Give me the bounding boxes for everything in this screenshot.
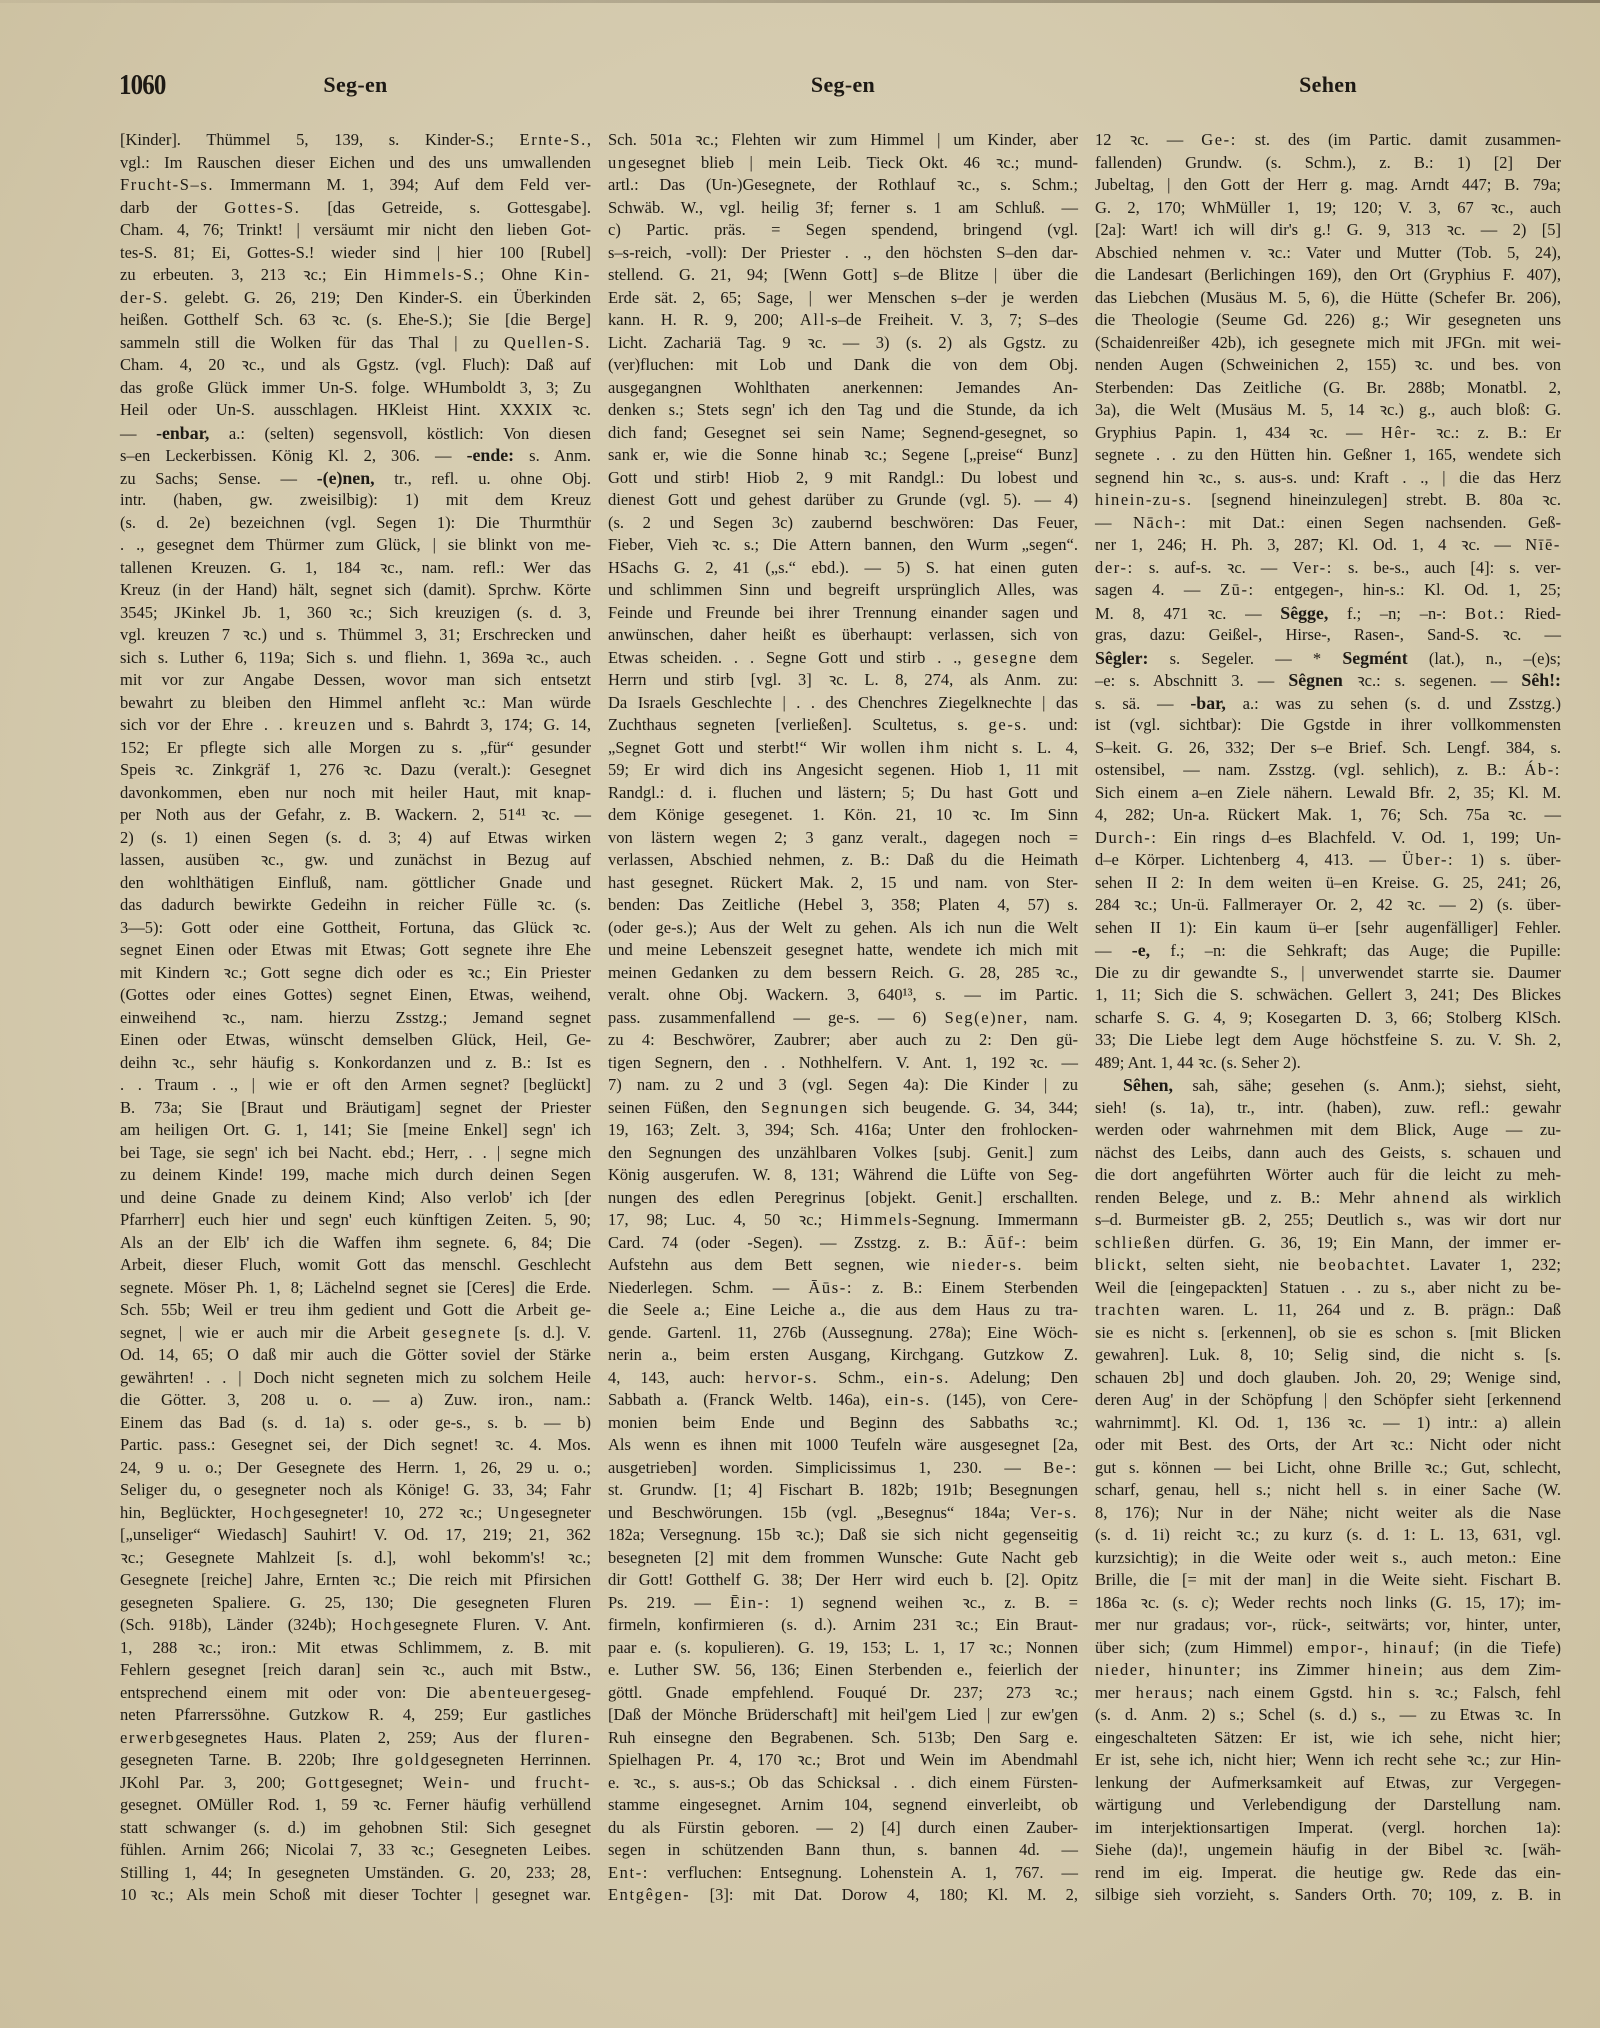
text-line: die dort angeführten Wörter auch für die… bbox=[1095, 1164, 1561, 1187]
text-column-right: 12 ꝛc. — Ge-: st. des (im Partic. damit … bbox=[1095, 129, 1561, 1907]
text-segment: Aufstehn aus dem Bett segnen, wie bbox=[608, 1255, 952, 1274]
text-segment: davonkommen, eben nur noch mit heiler Ha… bbox=[120, 783, 591, 802]
spaced-term: ein-s. bbox=[904, 1368, 950, 1387]
text-segment: und: bbox=[1028, 715, 1078, 734]
text-segment: 2) (s. 1) einen Segen (s. d. 3; 4) auf E… bbox=[120, 828, 591, 847]
text-column-left: [Kinder]. Thümmel 5, 139, s. Kinder-S.; … bbox=[120, 129, 591, 1907]
text-segment: deren Aug' in der Schöpfung | den Schöpf… bbox=[1095, 1390, 1561, 1409]
text-line: segnete. Möser Ph. 1, 8; Lächelnd segnet… bbox=[120, 1277, 591, 1300]
text-line: Ent-: verfluchen: Entsegnung. Lohenstein… bbox=[608, 1862, 1078, 1885]
text-line: sieh! (s. 1a), tr., intr. (haben), zuw. … bbox=[1095, 1097, 1561, 1120]
text-line: 17, 98; Luc. 4, 50 ꝛc.; Himmels-Segnung.… bbox=[608, 1209, 1078, 1232]
text-line: Sich einem a–en Ziele nähern. Lewald Bfr… bbox=[1095, 782, 1561, 805]
text-segment: werden oder wahrnehmen mit dem Blick, Au… bbox=[1095, 1120, 1561, 1139]
text-segment: 1, 288 ꝛc.; iron.: Mit etwas Schlimmem, … bbox=[120, 1638, 591, 1657]
text-line: fallenden) Grundw. (s. Schm.), z. B.: 1)… bbox=[1095, 152, 1561, 175]
text-line: dich fand; Gesegnet sei sein Name; Segne… bbox=[608, 422, 1078, 445]
text-segment: mit Dat.: einen Segen nachsenden. Geß- bbox=[1187, 513, 1561, 532]
text-segment: kurzsichtig); in die Weite oder weit s.,… bbox=[1095, 1548, 1561, 1567]
text-segment: 24, 9 u. o.; Der Gesegnete des Herrn. 1,… bbox=[120, 1458, 591, 1477]
spaced-term: Nāch-: bbox=[1133, 513, 1188, 532]
headword: -enbar, bbox=[156, 423, 209, 443]
text-segment: pass. zusammenfallend — ge-s. — 6) bbox=[608, 1008, 945, 1027]
text-line: gende. Gartenl. 11, 276b (Aussegnung. 27… bbox=[608, 1322, 1078, 1345]
text-segment: Erde sät. 2, 65; Sage, | wer Menschen s–… bbox=[608, 288, 1078, 307]
text-segment: göttl. Gnade empfehlend. Fouqué Dr. 237;… bbox=[608, 1683, 1078, 1702]
text-line: eingeschalteten Sätzen: Er ist, wie ich … bbox=[1095, 1727, 1561, 1750]
text-line: [2a]: Wart! ich will dir's g.! G. 9, 313… bbox=[1095, 219, 1561, 242]
text-line: meinen Gedanken zu dem bessern Reich. G.… bbox=[608, 962, 1078, 985]
text-line: Ruh einsegne den Begrabenen. Sch. 513b; … bbox=[608, 1727, 1078, 1750]
text-line: c) Partic. präs. = Segen spendend, bring… bbox=[608, 219, 1078, 242]
text-segment: -Segnung. Immermann bbox=[912, 1210, 1078, 1229]
text-segment: Abschied nehmen v. ꝛc.: Vater und Mutter… bbox=[1095, 243, 1561, 262]
text-segment: Weil die [eingepackten] Statuen . . zu s… bbox=[1095, 1278, 1561, 1297]
spaced-term: Bot.: bbox=[1465, 604, 1506, 623]
spaced-term: All bbox=[800, 310, 826, 329]
text-segment: die dort angeführten Wörter auch für die… bbox=[1095, 1165, 1561, 1184]
text-segment: f.; –n: die Sehkraft; das Auge; die Pupi… bbox=[1150, 941, 1561, 960]
text-segment: M. 8, 471 ꝛc. — bbox=[1095, 604, 1280, 623]
text-segment: dem bbox=[1038, 648, 1078, 667]
text-line: 1, 288 ꝛc.; iron.: Mit etwas Schlimmem, … bbox=[120, 1637, 591, 1660]
text-segment: gesegnet; bbox=[341, 1773, 423, 1792]
text-segment: -s–de Freiheit. V. 3, 7; S–des bbox=[826, 310, 1078, 329]
text-line: mit Kindern ꝛc.; Gott segne dich oder es… bbox=[120, 962, 591, 985]
text-segment: s. sä. — bbox=[1095, 694, 1190, 713]
spaced-term: hinauf bbox=[1383, 1638, 1435, 1657]
spaced-term: beobachtet bbox=[1319, 1255, 1406, 1274]
spaced-term: nieder-s. bbox=[952, 1255, 1023, 1274]
text-segment: entsprechend einem mit oder von: Die bbox=[120, 1683, 469, 1702]
spaced-term: kreuzen bbox=[294, 715, 357, 734]
text-line: 4, 143, auch: hervor-s. Schm., ein-s. Ad… bbox=[608, 1367, 1078, 1390]
spaced-term: blickt bbox=[1095, 1255, 1142, 1274]
spaced-term: Zū-: bbox=[1220, 580, 1255, 599]
text-segment: Fieber, Vieh ꝛc. s.; Die Attern bannen, … bbox=[608, 535, 1078, 554]
text-segment: ; Ohne bbox=[479, 265, 554, 284]
text-segment: (oder ge-s.); Aus der Welt zu gehen. Als… bbox=[608, 918, 1078, 937]
text-line: 152; Er pflegte sich alle Morgen zu s. „… bbox=[120, 737, 591, 760]
text-segment: Sterbenden: Das Zeitliche (G. Br. 288b; … bbox=[1095, 378, 1561, 397]
text-segment: sich s. Luther 6, 119a; Sich s. und flie… bbox=[120, 648, 591, 667]
text-line: rend im eig. Imperat. die heutige gw. Re… bbox=[1095, 1862, 1561, 1885]
text-segment: und meine Lebenszeit gesegnet hatte, wen… bbox=[608, 940, 1078, 959]
text-line: M. 8, 471 ꝛc. — Sêgge, f.; –n; –n-: Bot.… bbox=[1095, 602, 1561, 625]
text-line: segen in schützenden Bann thun, s. banne… bbox=[608, 1839, 1078, 1862]
text-segment: scharf, genau, hell s.; nicht hell s. in… bbox=[1095, 1480, 1561, 1499]
text-segment: ꝛc.: z. B.: Er bbox=[1417, 423, 1561, 442]
text-line: pass. zusammenfallend — ge-s. — 6) Seg(e… bbox=[608, 1007, 1078, 1030]
text-line: hast gesegnet. Rückert Mak. 2, 15 und na… bbox=[608, 872, 1078, 895]
text-segment: Gott und stirb! Hiob 2, 9 mit Randgl.: D… bbox=[608, 468, 1078, 487]
text-segment: s. Anm. bbox=[514, 446, 591, 465]
text-line: (Schaidenreißer 42b), ich gesegnete mich… bbox=[1095, 332, 1561, 355]
text-segment: nungen des edlen Peregrinus [objekt. Gen… bbox=[608, 1188, 1078, 1207]
spaced-term: Durch-: bbox=[1095, 828, 1158, 847]
text-segment: Arbeit, dieser Fluch, womit Gott das men… bbox=[120, 1255, 591, 1274]
text-line: Gesegnete [reiche] Jahre, Ernten ꝛc.; Di… bbox=[120, 1569, 591, 1592]
text-segment: Da Israels Geschlechte | . . des Chenchr… bbox=[608, 693, 1078, 712]
text-segment: ostensibel, — nam. Zsstzg. (vgl. sehlich… bbox=[1095, 760, 1524, 779]
text-segment: nächst des Leibs, dann auch des Geists, … bbox=[1095, 1143, 1561, 1162]
text-segment: 152; Er pflegte sich alle Morgen zu s. „… bbox=[120, 738, 591, 757]
spaced-term: trachten bbox=[1095, 1300, 1161, 1319]
text-segment: Als an der Elb' ich die Waffen ihm segne… bbox=[120, 1233, 591, 1252]
text-segment: Licht. Zachariä Tag. 9 ꝛc. — 3) (s. 2) a… bbox=[608, 333, 1078, 352]
text-segment: du als Fürstin geboren. — 2) [4] durch e… bbox=[608, 1818, 1078, 1837]
text-line: nenden Augen (Schweinichen 2, 155) ꝛc. u… bbox=[1095, 354, 1561, 377]
spaced-term: Ver-: bbox=[1292, 558, 1333, 577]
text-segment: sie es nicht s. [erkennen], ob sie es sc… bbox=[1095, 1323, 1561, 1342]
text-line: kurzsichtig); in die Weite oder weit s.,… bbox=[1095, 1547, 1561, 1570]
text-segment: nicht s. L. 4, bbox=[950, 738, 1078, 757]
text-segment: gesegnete Fluren. V. Ant. bbox=[393, 1615, 591, 1634]
text-segment: Brille, die [= mit der man] in die Weite… bbox=[1095, 1570, 1561, 1589]
headword: -ende: bbox=[467, 445, 515, 465]
text-line: über sich; (zum Himmel) empor-, hinauf; … bbox=[1095, 1637, 1561, 1660]
text-segment: geseg- bbox=[548, 1683, 591, 1702]
text-line: segnet Einen oder Etwas mit Etwas; Gott … bbox=[120, 939, 591, 962]
text-segment: G. 2, 170; WhMüller 1, 19; 120; V. 3, 67… bbox=[1095, 198, 1561, 217]
text-segment: segen in schützenden Bann thun, s. banne… bbox=[608, 1840, 1078, 1859]
text-segment: e. Luther SW. 56, 136; Einen Sterbenden … bbox=[608, 1660, 1078, 1679]
text-segment: gesegneten Herrinnen. bbox=[430, 1750, 591, 1769]
text-line: nerin a., beim ersten Ausgang, Kirchgang… bbox=[608, 1344, 1078, 1367]
text-segment: 12 ꝛc. — bbox=[1095, 130, 1201, 149]
text-column-middle: Sch. 501a ꝛc.; Flehten wir zum Himmel | … bbox=[608, 129, 1078, 1907]
text-segment: ner 1, 246; H. Ph. 3, 287; Kl. Od. 1, 4 … bbox=[1095, 535, 1525, 554]
spaced-term: der-: bbox=[1095, 558, 1134, 577]
text-segment: segnet, | wie er auch mir die Arbeit bbox=[120, 1323, 422, 1342]
text-line: vgl. kreuzen 7 ꝛc.) und s. Thümmel 3, 31… bbox=[120, 624, 591, 647]
text-segment: beim bbox=[1028, 1233, 1078, 1252]
spaced-term: Un bbox=[497, 1503, 520, 1522]
text-segment: — bbox=[120, 424, 156, 443]
text-line: Sterbenden: Das Zeitliche (G. Br. 288b; … bbox=[1095, 377, 1561, 400]
text-segment: vgl. kreuzen 7 ꝛc.) und s. Thümmel 3, 31… bbox=[120, 625, 591, 644]
text-line: der-: s. auf-s. ꝛc. — Ver-: s. be-s., au… bbox=[1095, 557, 1561, 580]
text-segment: neten Pfarrerssöhne. Gutzkow R. 4, 259; … bbox=[120, 1705, 591, 1724]
text-segment: Immermann M. 1, 394; Auf dem Feld ver- bbox=[214, 175, 591, 194]
text-segment: dienest Gott und gehest darüber zu Grund… bbox=[608, 490, 1078, 509]
text-line: [Kinder]. Thümmel 5, 139, s. Kinder-S.; … bbox=[120, 129, 591, 152]
text-line: ner 1, 246; H. Ph. 3, 287; Kl. Od. 1, 4 … bbox=[1095, 534, 1561, 557]
text-segment: Card. 74 (oder -Segen). — Zsstzg. z. B.: bbox=[608, 1233, 984, 1252]
text-segment: 17, 98; Luc. 4, 50 ꝛc.; bbox=[608, 1210, 840, 1229]
text-line: s–d. Burmeister gB. 2, 255; Deutlich s.,… bbox=[1095, 1209, 1561, 1232]
text-segment: verfluchen: Entsegnung. Lohenstein A. 1,… bbox=[649, 1863, 1078, 1882]
text-segment: (s. d. Anm. 2) s.; Schel (s. d.) s., — z… bbox=[1095, 1705, 1561, 1724]
spaced-term: ge-s. bbox=[989, 715, 1029, 734]
page-edge bbox=[0, 0, 1600, 3]
text-line: wärtigung und Verlebendigung der Darstel… bbox=[1095, 1794, 1561, 1817]
text-line: anwünschen, daher heißt es überhaupt: ve… bbox=[608, 624, 1078, 647]
text-segment: Er ist, sehe ich, nicht hier; Wenn ich r… bbox=[1095, 1750, 1561, 1769]
text-segment: Spielhagen Pr. 4, 170 ꝛc.; Brot und Wein… bbox=[608, 1750, 1078, 1769]
text-segment: 59; Er wird dich ins Angesicht segenen. … bbox=[608, 760, 1078, 779]
text-segment: Feinde und Freunde bei ihrer Trennung ei… bbox=[608, 603, 1078, 622]
text-line: 1, 11; Sich die S. schwächen. Gellert 3,… bbox=[1095, 984, 1561, 1007]
text-segment: [segnend hineinzulegen] strebt. B. 80a ꝛ… bbox=[1193, 490, 1561, 509]
text-line: hinein-zu-s. [segnend hineinzulegen] str… bbox=[1095, 489, 1561, 512]
headword: Sêh!: bbox=[1521, 670, 1561, 690]
text-segment: Gesegnete [reiche] Jahre, Ernten ꝛc.; Di… bbox=[120, 1570, 591, 1589]
text-line: — -enbar, a.: (selten) segensvoll, köstl… bbox=[120, 422, 591, 445]
text-line: (s. d. 1i) reicht ꝛc.; zu kurz (s. d. 1:… bbox=[1095, 1524, 1561, 1547]
text-line: Gott und stirb! Hiob 2, 9 mit Randgl.: D… bbox=[608, 467, 1078, 490]
text-segment: vgl.: Im Rauschen dieser Eichen und des … bbox=[120, 153, 591, 172]
text-line: entsprechend einem mit oder von: Die abe… bbox=[120, 1682, 591, 1705]
text-line: 7) nam. zu 2 und 3 (vgl. Segen 4a): Die … bbox=[608, 1074, 1078, 1097]
text-segment: . Lavater 1, 232; bbox=[1406, 1255, 1561, 1274]
spaced-term: nieder bbox=[1095, 1660, 1146, 1679]
text-segment: gelebt. G. 26, 219; Den Kinder-S. ein Üb… bbox=[169, 288, 591, 307]
text-line: 186a ꝛc. (s. c); Weder rechts noch links… bbox=[1095, 1592, 1561, 1615]
headword: -(e)nen, bbox=[317, 468, 375, 488]
headword: Sêgnen bbox=[1288, 670, 1342, 690]
text-line: segnend hin ꝛc., s. aus-s. und: Kraft . … bbox=[1095, 467, 1561, 490]
text-line: paar e. (s. kopulieren). G. 19, 153; L. … bbox=[608, 1637, 1078, 1660]
text-segment: per Noth aus der Gefahr, z. B. Wackern. … bbox=[120, 805, 591, 824]
text-line: dienest Gott und gehest darüber zu Grund… bbox=[608, 489, 1078, 512]
text-segment: ; aus dem Zim- bbox=[1418, 1660, 1561, 1679]
text-segment: kann. H. R. 9, 200; bbox=[608, 310, 800, 329]
text-line: trachten waren. L. 11, 264 und z. B. prä… bbox=[1095, 1299, 1561, 1322]
text-segment: mer nur gradaus; vor-, rück-, seitwärts;… bbox=[1095, 1615, 1561, 1634]
text-line: gesegnet. OMüller Rod. 1, 59 ꝛc. Ferner … bbox=[120, 1794, 591, 1817]
text-line: (s. d. 2e) bezeichnen (vgl. Segen 1): Di… bbox=[120, 512, 591, 535]
text-line: der-S. gelebt. G. 26, 219; Den Kinder-S.… bbox=[120, 287, 591, 310]
text-line: st. Grundw. [1; 4] Fischart B. 182b; 191… bbox=[608, 1479, 1078, 1502]
text-segment: st. des (im Partic. damit zusammen- bbox=[1237, 130, 1561, 149]
spaced-term: Áb-: bbox=[1524, 760, 1561, 779]
text-segment: s–d. Burmeister gB. 2, 255; Deutlich s.,… bbox=[1095, 1210, 1561, 1229]
text-line: 284 ꝛc.; Un-ü. Fallmerayer Or. 2, 42 ꝛc.… bbox=[1095, 894, 1561, 917]
text-line: Da Israels Geschlechte | . . des Chenchr… bbox=[608, 692, 1078, 715]
text-segment: scharfe S. G. 4, 9; Kosegarten D. 3, 66;… bbox=[1095, 1008, 1561, 1027]
text-line: tigen Segnern, den . . Nothhelfern. V. A… bbox=[608, 1052, 1078, 1075]
text-line: s. sä. — -bar, a.: was zu sehen (s. d. u… bbox=[1095, 692, 1561, 715]
text-segment: sehen II 1): Ein kaum ü–er [sehr augenfä… bbox=[1095, 918, 1561, 937]
text-segment: Als wenn es ihnen mit 1000 Teufeln wäre … bbox=[608, 1435, 1078, 1454]
text-segment: silbige sieh vorzieht, s. Sanders Orth. … bbox=[1095, 1885, 1561, 1904]
text-line: Erde sät. 2, 65; Sage, | wer Menschen s–… bbox=[608, 287, 1078, 310]
text-line: seinen Füßen, den Segnungen sich beugend… bbox=[608, 1097, 1078, 1120]
text-segment: zu deinem Kinde! 199, mache mich durch d… bbox=[120, 1165, 591, 1184]
text-line: lenkung der Aufmerksamkeit auf Etwas, zu… bbox=[1095, 1772, 1561, 1795]
text-segment: — bbox=[1095, 513, 1133, 532]
spaced-term: Seg(e)ner bbox=[945, 1008, 1024, 1027]
text-line: Heil oder Un-S. ausschlagen. HKleist Hin… bbox=[120, 399, 591, 422]
text-line: Gryphius Papin. 1, 434 ꝛc. — Hêr- ꝛc.: z… bbox=[1095, 422, 1561, 445]
text-segment: , bbox=[587, 130, 591, 149]
text-line: Randgl.: d. i. fluchen und lästern; 5; D… bbox=[608, 782, 1078, 805]
text-line: G. 2, 170; WhMüller 1, 19; 120; V. 3, 67… bbox=[1095, 197, 1561, 220]
text-segment: Cham. 4, 20 ꝛc., und als Ggstz. (vgl. Fl… bbox=[120, 355, 591, 374]
text-line: Sch. 501a ꝛc.; Flehten wir zum Himmel | … bbox=[608, 129, 1078, 152]
text-line: und meine Lebenszeit gesegnet hatte, wen… bbox=[608, 939, 1078, 962]
text-line: und deine Gnade zu deinem Kind; Also ver… bbox=[120, 1187, 591, 1210]
text-segment: sammeln still die Wolken für das Thal | … bbox=[120, 333, 504, 352]
text-line: gewahren]. Luk. 8, 10; Selig sind, die n… bbox=[1095, 1344, 1561, 1367]
text-line: ist (vgl. sichtbar): Die Ggstde in ihrer… bbox=[1095, 714, 1561, 737]
spaced-term: der-S. bbox=[120, 288, 169, 307]
text-segment: 33; Die Liebe legt dem Auge höchstfeine … bbox=[1095, 1030, 1561, 1049]
spaced-term: Be-: bbox=[1043, 1458, 1078, 1477]
text-segment: Adelung; Den bbox=[950, 1368, 1078, 1387]
spaced-term: un bbox=[608, 153, 628, 172]
text-line: Die zu dir gewandte S., | unverwendet st… bbox=[1095, 962, 1561, 985]
text-line: zu Sachs; Sense. — -(e)nen, tr., refl. u… bbox=[120, 467, 591, 490]
text-segment: waren. L. 11, 264 und z. B. prägn.: Daß bbox=[1161, 1300, 1561, 1319]
text-line: blickt, selten sieht, nie beobachtet. La… bbox=[1095, 1254, 1561, 1277]
text-segment: Sabbath a. (Franck Weltb. 146a), bbox=[608, 1390, 885, 1409]
text-line: Seliger du, o gesegneter noch als Könige… bbox=[120, 1479, 591, 1502]
text-segment: besegneten [2] mit dem frommen Wunsche: … bbox=[608, 1548, 1078, 1567]
text-segment: s. ꝛc.; Falsch, fehl bbox=[1394, 1683, 1561, 1702]
text-segment: ꝛc.; Gesegnete Mahlzeit [s. d.], wohl be… bbox=[120, 1548, 591, 1567]
text-line: besegneten [2] mit dem frommen Wunsche: … bbox=[608, 1547, 1078, 1570]
text-line: die Landesart (Berlichingen 169), den Or… bbox=[1095, 264, 1561, 287]
text-segment: fallenden) Grundw. (s. Schm.), z. B.: 1)… bbox=[1095, 153, 1561, 172]
text-line: denken s.; Stets segn' ich den Tag und d… bbox=[608, 399, 1078, 422]
text-segment: lenkung der Aufmerksamkeit auf Etwas, zu… bbox=[1095, 1773, 1561, 1792]
text-segment: [s. d.]. V. bbox=[502, 1323, 591, 1342]
text-line: s–en Leckerbissen. König Kl. 2, 306. — -… bbox=[120, 444, 591, 467]
text-segment: tigen Segnern, den . . Nothhelfern. V. A… bbox=[608, 1053, 1078, 1072]
text-line: . ., gesegnet dem Thürmer zum Glück, | s… bbox=[120, 534, 591, 557]
spaced-term: Frucht-S–s. bbox=[120, 175, 214, 194]
text-segment: Schwäb. W., vgl. heilig 3f; ferner s. 1 … bbox=[608, 198, 1078, 217]
text-segment: 284 ꝛc.; Un-ü. Fallmerayer Or. 2, 42 ꝛc.… bbox=[1095, 895, 1561, 914]
spaced-term: gold bbox=[395, 1750, 431, 1769]
text-line: deihn ꝛc., sehr häufig s. Konkordanzen u… bbox=[120, 1052, 591, 1075]
text-line: und Beschwörungen. 15b (vgl. „Besegnus“ … bbox=[608, 1502, 1078, 1525]
text-segment: im interjektionsartigen Imperat. (vergl.… bbox=[1095, 1818, 1561, 1837]
text-segment: artl.: Das (Un-)Gesegnete, der Rothlauf … bbox=[608, 175, 1078, 194]
text-line: scharfe S. G. 4, 9; Kosegarten D. 3, 66;… bbox=[1095, 1007, 1561, 1030]
text-line: davonkommen, eben nur noch mit heiler Ha… bbox=[120, 782, 591, 805]
text-line: mer heraus; nach einem Ggstd. hin s. ꝛc.… bbox=[1095, 1682, 1561, 1705]
text-line: das Liebchen (Musäus M. 5, 6), die Hütte… bbox=[1095, 287, 1561, 310]
text-line: Pfarrherr] euch hier und segn' euch künf… bbox=[120, 1209, 591, 1232]
text-line: sich s. Luther 6, 119a; Sich s. und flie… bbox=[120, 647, 591, 670]
spaced-term: ein-s. bbox=[885, 1390, 931, 1409]
text-line: zu erbeuten. 3, 213 ꝛc.; Ein Himmels-S.;… bbox=[120, 264, 591, 287]
spaced-term: Über-: bbox=[1402, 850, 1454, 869]
text-line: werden oder wahrnehmen mit dem Blick, Au… bbox=[1095, 1119, 1561, 1142]
text-line: 3a), die Welt (Musäus M. 5, 14 ꝛc.) g., … bbox=[1095, 399, 1561, 422]
spaced-term: Himmels-S. bbox=[384, 265, 479, 284]
text-segment: Ruh einsegne den Begrabenen. Sch. 513b; … bbox=[608, 1728, 1078, 1747]
spaced-term: hinein-zu-s. bbox=[1095, 490, 1193, 509]
text-segment: (s. d. 1i) reicht ꝛc.; zu kurz (s. d. 1:… bbox=[1095, 1525, 1561, 1544]
text-line: zu deinem Kinde! 199, mache mich durch d… bbox=[120, 1164, 591, 1187]
text-segment: zu erbeuten. 3, 213 ꝛc.; Ein bbox=[120, 265, 384, 284]
text-line: 3—5): Gott oder eine Gottheit, Fortuna, … bbox=[120, 917, 591, 940]
text-line: S–keit. G. 26, 332; Der s–e Brief. Sch. … bbox=[1095, 737, 1561, 760]
text-line: 489; Ant. 1, 44 ꝛc. (s. Seher 2). bbox=[1095, 1052, 1561, 1075]
text-line: lassen, ausüben ꝛc., gw. und zunächst in… bbox=[120, 849, 591, 872]
text-line: 8, 176); Nur in der Nähe; nicht weiter a… bbox=[1095, 1502, 1561, 1525]
text-line: das dadurch bewirkte Gedeihn in reicher … bbox=[120, 894, 591, 917]
text-line: nungen des edlen Peregrinus [objekt. Gen… bbox=[608, 1187, 1078, 1210]
text-line: d–e Körper. Lichtenberg 4, 413. — Über-:… bbox=[1095, 849, 1561, 872]
headword: Sêgge, bbox=[1280, 603, 1328, 623]
text-line: gesegneten Tarne. B. 220b; Ihre goldgese… bbox=[120, 1749, 591, 1772]
text-line: Licht. Zachariä Tag. 9 ꝛc. — 3) (s. 2) a… bbox=[608, 332, 1078, 355]
text-segment: als wirklich bbox=[1450, 1188, 1561, 1207]
text-segment: Zuchthaus segneten [verließen]. Scultetu… bbox=[608, 715, 989, 734]
text-line: von lästern wegen 2; 3 ganz veralt., dag… bbox=[608, 827, 1078, 850]
text-line: sehen II 1): Ein kaum ü–er [sehr augenfä… bbox=[1095, 917, 1561, 940]
text-line: 59; Er wird dich ins Angesicht segenen. … bbox=[608, 759, 1078, 782]
text-segment: , selten sieht, nie bbox=[1142, 1255, 1318, 1274]
text-segment: dürfen. G. 36, 19; Ein Mann, der immer e… bbox=[1172, 1233, 1561, 1252]
text-line: 33; Die Liebe legt dem Auge höchstfeine … bbox=[1095, 1029, 1561, 1052]
text-line: Einem das Bad (s. d. 1a) s. oder ge-s., … bbox=[120, 1412, 591, 1435]
text-line: renden Belege, und z. B.: Mehr ahnend al… bbox=[1095, 1187, 1561, 1210]
text-segment: Od. 14, 65; O daß mir auch die Götter so… bbox=[120, 1345, 591, 1364]
text-segment: renden Belege, und z. B.: Mehr bbox=[1095, 1188, 1393, 1207]
text-segment: [das Getreide, s. Gottesgabe]. bbox=[301, 198, 591, 217]
text-segment: nerin a., beim ersten Ausgang, Kirchgang… bbox=[608, 1345, 1078, 1364]
text-segment: . ., gesegnet dem Thürmer zum Glück, | s… bbox=[120, 535, 591, 554]
text-line: mer nur gradaus; vor-, rück-, seitwärts;… bbox=[1095, 1614, 1561, 1637]
text-line: Etwas scheiden. . . Segne Gott und stirb… bbox=[608, 647, 1078, 670]
text-line: sehen II 2: In dem weiten ü–en Kreise. G… bbox=[1095, 872, 1561, 895]
text-segment: gesegneten Tarne. B. 220b; Ihre bbox=[120, 1750, 395, 1769]
text-segment: stellend. G. 21, 94; [Wenn Gott] s–de Bl… bbox=[608, 265, 1078, 284]
spaced-term: frucht- bbox=[535, 1773, 591, 1792]
text-line: Fieber, Vieh ꝛc. s.; Die Attern bannen, … bbox=[608, 534, 1078, 557]
text-segment: gesegneter! 10, 272 ꝛc.; bbox=[293, 1503, 497, 1522]
text-segment: 4, 282; Un-a. Rückert Mak. 1, 76; Sch. 7… bbox=[1095, 805, 1561, 824]
running-head-right: Sehen bbox=[1095, 70, 1561, 100]
text-line: Schwäb. W., vgl. heilig 3f; ferner s. 1 … bbox=[608, 197, 1078, 220]
text-segment: sich vor der Ehre . . bbox=[120, 715, 294, 734]
text-line: intr. (haben, gw. zweisilbig): 1) mit de… bbox=[120, 489, 591, 512]
text-segment: entgegen-, hin-s.: Kl. Od. 1, 25; bbox=[1255, 580, 1561, 599]
text-line: e. ꝛc., s. aus-s.; Ob das Schicksal . . … bbox=[608, 1772, 1078, 1795]
text-line: Aufstehn aus dem Bett segnen, wie nieder… bbox=[608, 1254, 1078, 1277]
text-segment: (Gottes oder eines Gottes) segnet Einen,… bbox=[120, 985, 591, 1004]
text-line: stamme eingesegnet. Arnim 104, segnend e… bbox=[608, 1794, 1078, 1817]
text-segment: und Beschwörungen. 15b (vgl. „Besegnus“ … bbox=[608, 1503, 1030, 1522]
text-line: 10 ꝛc.; Als mein Schoß mit dieser Tochte… bbox=[120, 1884, 591, 1907]
text-segment: . . Traum . ., | wie er oft den Armen se… bbox=[120, 1075, 591, 1094]
text-segment: hast gesegnet. Rückert Mak. 2, 15 und na… bbox=[608, 873, 1078, 892]
text-segment: gut s. können — bei Licht, ohne Brille ꝛ… bbox=[1095, 1458, 1561, 1477]
text-segment: eingeschalteten Sätzen: Er ist, wie ich … bbox=[1095, 1728, 1561, 1747]
text-segment: Sich einem a–en Ziele nähern. Lewald Bfr… bbox=[1095, 783, 1561, 802]
text-segment: veralt. ohne Obj. Wackern. 3, 640¹³, s. … bbox=[608, 985, 1078, 1004]
spaced-term: Gott bbox=[305, 1773, 341, 1792]
text-segment: einweihend ꝛc., nam. hierzu Zsstzg.; Jem… bbox=[120, 1008, 591, 1027]
text-line: die Theologie (Seume Gd. 226) g.; Wir ge… bbox=[1095, 309, 1561, 332]
text-segment: benden: Das Zeitliche (Hebel 3, 358; Pla… bbox=[608, 895, 1078, 914]
text-line: erwerbgesegnetes Haus. Platen 2, 259; Au… bbox=[120, 1727, 591, 1750]
text-segment: seinen Füßen, den bbox=[608, 1098, 761, 1117]
text-segment: B. 73a; Sie [Braut und Bräutigam] segnet… bbox=[120, 1098, 591, 1117]
text-line: bei Tage, sie segn' ich bei Nacht. ebd.;… bbox=[120, 1142, 591, 1165]
text-segment: stamme eingesegnet. Arnim 104, segnend e… bbox=[608, 1795, 1078, 1814]
text-segment: (s. 2 und Segen 3c) zaubernd beschwören:… bbox=[608, 513, 1078, 532]
text-line: Od. 14, 65; O daß mir auch die Götter so… bbox=[120, 1344, 591, 1367]
text-segment: — bbox=[1095, 941, 1132, 960]
text-segment: st. Grundw. [1; 4] Fischart B. 182b; 191… bbox=[608, 1480, 1078, 1499]
